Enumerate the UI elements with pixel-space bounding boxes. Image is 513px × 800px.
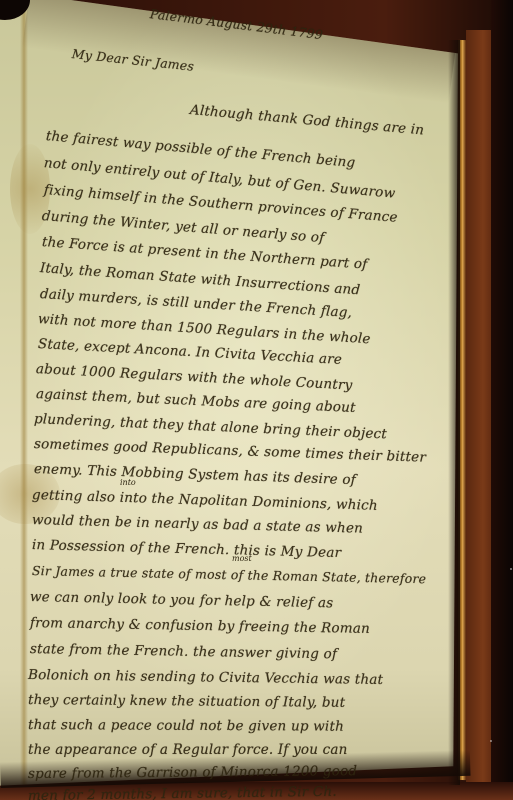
letter-line: the appearance of a Regular force. If yo… [28,742,348,758]
letter-line: that such a peace could not be given up … [28,717,344,735]
dust-speck [510,568,512,570]
dust-speck [490,740,492,742]
frame-inner-shadow [448,40,460,785]
letter-insertion: into [120,478,136,487]
paper-fold-crease [20,0,28,794]
letter-line: they certainly knew the situation of Ita… [28,692,345,711]
frame-outer-shadow [491,0,513,800]
letter-insertion: most [232,554,252,563]
letter-line: spare from the Garrison of Minorca 1200 … [28,763,357,782]
